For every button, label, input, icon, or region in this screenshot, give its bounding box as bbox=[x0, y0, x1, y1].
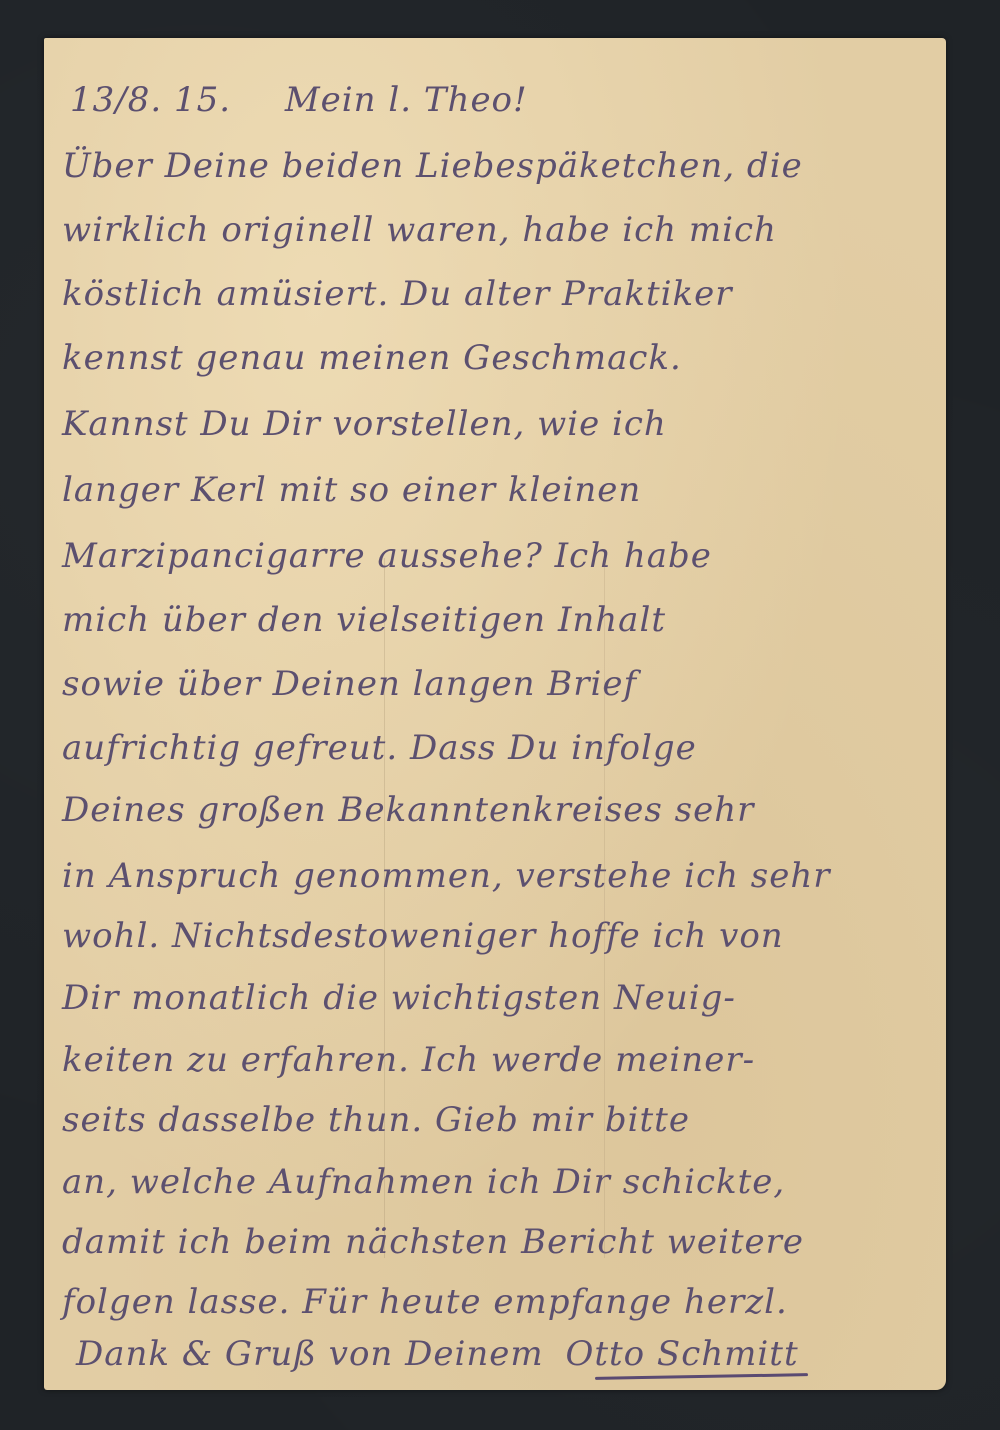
letter-line: aufrichtig gefreut. Dass Du infolge bbox=[62, 728, 697, 768]
letter-line: sowie über Deinen langen Brief bbox=[62, 664, 637, 704]
letter-line: wirklich originell waren, habe ich mich bbox=[62, 210, 777, 250]
letter-line: Deines großen Bekanntenkreises sehr bbox=[62, 790, 754, 830]
letter-date: 13/8. 15. bbox=[70, 80, 231, 120]
signature: Otto Schmitt bbox=[565, 1334, 798, 1374]
letter-line: köstlich amüsiert. Du alter Praktiker bbox=[62, 274, 733, 314]
letter-line: damit ich beim nächsten Bericht weitere bbox=[62, 1222, 804, 1262]
letter-line: Dir monatlich die wichtigsten Neuig- bbox=[62, 978, 736, 1018]
letter-line: langer Kerl mit so einer kleinen bbox=[62, 470, 641, 510]
letter-line: seits dasselbe thun. Gieb mir bitte bbox=[62, 1100, 690, 1140]
signature-underline bbox=[595, 1373, 808, 1380]
letter-header: 13/8. 15. Mein l. Theo! bbox=[70, 80, 528, 120]
letter-line: Marzipancigarre aussehe? Ich habe bbox=[62, 536, 712, 576]
letter-line: keiten zu erfahren. Ich werde meiner- bbox=[62, 1040, 755, 1080]
signature-block: Otto Schmitt bbox=[565, 1334, 798, 1374]
letter-line: mich über den vielseitigen Inhalt bbox=[62, 600, 666, 640]
letter-line: Über Deine beiden Liebespäketchen, die bbox=[62, 146, 803, 186]
closing: Dank & Gruß von Deinem bbox=[76, 1334, 544, 1374]
postcard: 13/8. 15. Mein l. Theo! Über Deine beide… bbox=[44, 38, 946, 1390]
letter-line: wohl. Nichtsdestoweniger hoffe ich von bbox=[62, 916, 784, 956]
letter-line: Kannst Du Dir vorstellen, wie ich bbox=[62, 404, 667, 444]
letter-line: an, welche Aufnahmen ich Dir schickte, bbox=[62, 1162, 785, 1202]
closing-line: Dank & Gruß von Deinem Otto Schmitt bbox=[76, 1334, 799, 1374]
salutation: Mein l. Theo! bbox=[285, 80, 528, 120]
letter-line: kennst genau meinen Geschmack. bbox=[62, 338, 682, 378]
letter-line: in Anspruch genommen, verstehe ich sehr bbox=[62, 856, 831, 896]
letter-line: folgen lasse. Für heute empfange herzl. bbox=[62, 1282, 788, 1322]
